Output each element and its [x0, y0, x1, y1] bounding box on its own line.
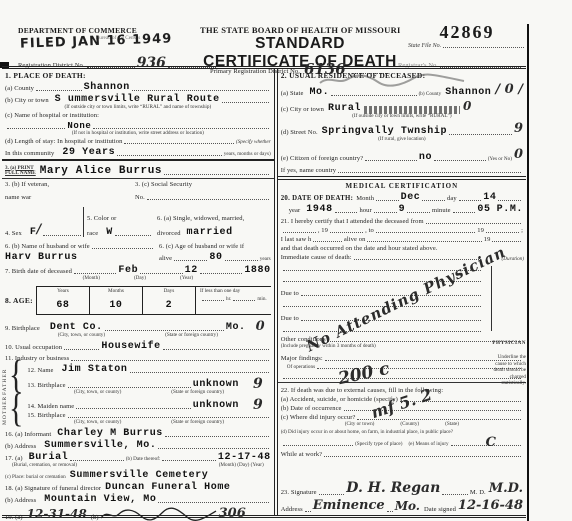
residence-street-note-row: (If rural, give location) [278, 136, 526, 142]
dotted-line [158, 500, 268, 503]
dotted-line [283, 443, 353, 446]
specify-place-note: (Specify type of place) [355, 441, 402, 447]
community-value: 29 Years [62, 147, 115, 158]
certify-text-2a: , 19 [318, 227, 328, 234]
dotted-line [283, 230, 316, 233]
funeral-director-label: 18. (a) Signature of funeral director [5, 485, 101, 492]
dotted-line [365, 158, 417, 161]
county-row: (a) County Shannon [2, 82, 274, 92]
dotted-line [486, 230, 519, 233]
age-months-cell: Months 10 [90, 287, 143, 314]
dotted-line [200, 271, 242, 274]
dotted-line [163, 347, 269, 350]
father-name-row: 12. Name Jim Staton [24, 364, 273, 374]
marital-value: married [187, 227, 233, 238]
death-month: Dec [401, 192, 421, 203]
spouse-age-label2: alive [159, 255, 172, 262]
citizen-code: 0 [514, 147, 523, 162]
age-days-cell: Days 2 [143, 287, 196, 314]
dotted-line [162, 458, 216, 461]
last-saw-row: I last saw h alive on 19 [278, 236, 526, 243]
dotted-line [165, 434, 269, 437]
color-value: W [106, 227, 113, 238]
dotted-line [202, 298, 224, 301]
veteran-label: 3. (b) If veteran, [5, 181, 135, 188]
residence-state-label: (a) State [281, 90, 304, 97]
certify-row-2: , 19 , to 19 ; [278, 227, 526, 234]
mother-name-value: unknown [193, 400, 239, 411]
dotted-line [449, 132, 512, 135]
dotted-line [174, 258, 207, 261]
spouse-age-value: 80 [209, 252, 222, 263]
header-left: DEPARTMENT OF COMMERCE Bureau of the Cen… [18, 26, 218, 69]
residence-street-row: (d) Street No. Springvally Twnship 9 [278, 121, 526, 136]
hour-label: hour [359, 207, 371, 214]
physician-margin: PHYSICIAN Underline the cause to which d… [490, 340, 526, 387]
section-physician-signature: 23. Signature D. H. Regan M. D. M.D. Add… [278, 478, 526, 515]
funeral-address-label: (b) Address [5, 497, 36, 504]
physician-label: PHYSICIAN [490, 340, 526, 346]
funeral-address-row: (b) Address Mountain View, Mo [2, 494, 274, 504]
spouse-age-unit: years [260, 256, 271, 262]
dotted-line [283, 329, 481, 332]
date-of-death-label: 20. DATE OF DEATH: [281, 195, 354, 202]
certificate-number: 42869 [408, 22, 526, 43]
dotted-line [93, 126, 268, 129]
marital-label2: divorced [157, 230, 181, 237]
left-column: 1. PLACE OF DEATH: (a) County Shannon (b… [2, 69, 275, 515]
md-handwriting: M.D. [489, 481, 523, 496]
dotted-line [434, 158, 486, 161]
due-to-label-2: Due to [281, 315, 299, 322]
citizen-row: (e) Citizen of foreign country? no (Yes … [278, 147, 526, 162]
father-name-value: Jim Staton [61, 364, 127, 375]
color-label: 5. Color or [87, 215, 116, 222]
sex-label: 4. Sex [5, 230, 22, 237]
dotted-line [130, 370, 269, 373]
sex-color-marital-row: 4. Sex F / 5. Color or race W [2, 207, 274, 237]
dotted-line [117, 153, 222, 156]
residence-city-row: (c) City or town Rural 0 [278, 99, 526, 113]
where-injury-label: (c) Where did injury occur? [281, 414, 356, 421]
board-title: THE STATE BOARD OF HEALTH OF MISSOURI [200, 25, 400, 35]
burial-place-value: Summersville Cemetery [70, 470, 209, 481]
due-to-label: Due to [281, 290, 299, 297]
medical-heading: MEDICAL CERTIFICATION [278, 182, 526, 190]
residence-coding-marks: / 0 / [495, 82, 523, 97]
age-years-value: 68 [56, 300, 69, 311]
section-personal: 3. (a) PRINT FULL NAME Mary Alice Burrus… [2, 163, 274, 281]
dotted-line [305, 509, 311, 512]
spouse-row: 6. (b) Name of husband or wife Harv Burr… [2, 241, 274, 262]
burial-note-row: (Burial, cremation, or removal) (Month) … [2, 462, 274, 468]
mother-group: MOTHER { 14. Maiden name unknown 9 15. B… [2, 395, 274, 425]
immediate-cause-label: Immediate cause of death: [281, 254, 352, 261]
year-label: year [289, 207, 301, 214]
name-country-row: If yes, name country [278, 167, 526, 174]
residence-street-label: (d) Street No. [281, 129, 318, 136]
dotted-line [301, 318, 481, 321]
dotted-line [442, 492, 468, 495]
date-signed-handwriting: 12-16-48 [458, 498, 523, 513]
section-medical: MEDICAL CERTIFICATION 20. DATE OF DEATH:… [278, 182, 526, 380]
full-name-label: FULL NAME [5, 171, 36, 176]
dotted-line [64, 347, 99, 350]
signature-label: 23. Signature [281, 489, 317, 496]
mother-birthplace-label: 15. Birthplace [27, 412, 65, 419]
dotted-line [36, 88, 82, 91]
mother-side-label: MOTHER [2, 395, 8, 425]
age-months-label: Months [90, 288, 142, 294]
day-label: day [447, 195, 457, 202]
age-box: Years 68 Months 10 Days 2 If less than o… [36, 286, 271, 315]
industry-row: 11. Industry or business [2, 355, 274, 362]
informant-row: 16. (a) Informant Charley M Burrus [2, 428, 274, 438]
hospital-note: (If not in hospital or institution, writ… [72, 130, 204, 136]
dotted-line [443, 45, 524, 48]
birthplace-note: (City, town, or county) [58, 332, 105, 338]
residence-street-code: 9 [514, 121, 523, 136]
dotted-line [338, 170, 521, 173]
means-label: (e) Means of injury [408, 441, 448, 447]
occupation-value: Housewife [101, 341, 160, 352]
residence-city-code: 0 [463, 99, 471, 113]
registrar-signature-scribble [99, 507, 219, 521]
residence-county-label: (b) County [419, 91, 442, 97]
burial-row: 17. (a) Burial (b) Date thereof: 12-17-4… [2, 452, 274, 462]
certify-text-2b: , to [365, 227, 374, 234]
physician-signature-handwriting: D. H. Regan [346, 480, 440, 496]
county-value: Shannon [84, 82, 130, 93]
dotted-line [105, 328, 224, 331]
mother-name-row: 14. Maiden name unknown 9 [24, 397, 273, 410]
certify-text-1: 21. I hereby certify that I attended the… [281, 218, 424, 225]
citizen-label: (e) Citizen of foreign country? [281, 155, 364, 162]
state-file-label: State File No. [408, 43, 441, 49]
county-label: (a) County [5, 85, 34, 92]
dotted-line [7, 126, 65, 129]
place-of-death-heading: 1. PLACE OF DEATH: [2, 69, 274, 80]
day-note: (Day) [134, 275, 146, 281]
physician-address-handwriting: Eminence [313, 498, 385, 513]
informant-value: Charley M Burrus [57, 428, 163, 439]
last-saw-text-c: 19 [484, 236, 491, 243]
immediate-cause-row: Immediate cause of death: [278, 254, 486, 261]
dotted-line [140, 271, 182, 274]
last-saw-text-a: I last saw h [281, 236, 312, 243]
date-of-death-row: 20. DATE OF DEATH: Month Dec day 14 [278, 192, 526, 202]
funeral-director-row: 18. (a) Signature of funeral director Du… [2, 482, 274, 492]
burial-place-row: (c) Place: burial or cremation Summersvi… [2, 470, 274, 480]
page-edge-line [527, 24, 529, 521]
hospital-label: (c) Name of hospital or institution: [5, 112, 99, 119]
birthplace-row: 9. Birthplace Dent Co. Mo. 0 [2, 319, 274, 332]
physician-address-state: Mo. [395, 499, 420, 513]
dotted-line [354, 257, 481, 260]
occurrence-date-label: (b) Date of occurrence [281, 405, 342, 412]
death-minute: 05 [477, 204, 490, 215]
dotted-line [68, 415, 269, 418]
month-note: (Month) [83, 275, 100, 281]
dotted-line [164, 172, 269, 175]
dotted-line [331, 93, 416, 96]
spouse-label: 6. (b) Name of husband or wife [5, 243, 90, 250]
death-year: 1948 [306, 204, 332, 215]
community-note: years, months or days) [224, 151, 271, 157]
stay-note: (Specify whether [236, 139, 271, 145]
dotted-line [115, 233, 151, 236]
funeral-director-value: Duncan Funeral Home [105, 482, 230, 493]
md-label: M. D. [470, 489, 486, 496]
dotted-line [124, 141, 234, 144]
where-note-row: (City or town) (County) (State) [278, 421, 526, 427]
received-label: 19. (a) [5, 514, 23, 521]
dotted-line [459, 198, 482, 201]
spouse-age-label: 6. (c) Age of husband or wife if [159, 243, 271, 250]
dotted-line [492, 239, 521, 242]
occupation-label: 10. Usual occupation [5, 344, 62, 351]
date-signed-label: Date signed [424, 506, 456, 513]
age-label: 8. AGE: [5, 296, 33, 305]
funeral-address-value: Mountain View, Mo [44, 494, 156, 505]
age-min-label: min. [257, 296, 266, 302]
of-operations-row: Of operations [278, 364, 526, 370]
death-day: 14 [483, 192, 496, 203]
section-residence: 2. USUAL RESIDENCE OF DECEASED: (a) Stat… [278, 69, 526, 174]
residence-state-value: Mo. [309, 87, 329, 98]
father-birthplace-label: 13. Birthplace [27, 382, 65, 389]
citizen-note: (Yes or No) [488, 156, 512, 162]
registrar-row: 19. (a) 12-31-48 (b) 306 [2, 506, 274, 521]
color-label2: race [87, 230, 98, 237]
city-note: (If outside city or town limits, write “… [65, 104, 212, 110]
age-days-label: Days [143, 288, 195, 294]
physician-address-row: Address Eminence Mo. Date signed 12-16-4… [278, 498, 526, 513]
mother-name-code: 9 [253, 397, 263, 413]
age-years-label: Years [37, 288, 89, 294]
home-farm-code: C [486, 435, 496, 450]
mother-brace: { [9, 390, 23, 431]
section-place-of-death: 1. PLACE OF DEATH: (a) County Shannon (b… [2, 69, 274, 157]
dotted-line [76, 406, 191, 409]
death-year-row: year 1948 hour 9 minute 05 P.M. [278, 204, 526, 214]
dotted-line [453, 210, 476, 213]
year-note: (Year) [180, 275, 193, 281]
hospital-row: None [2, 121, 274, 130]
age-years-cell: Years 68 [37, 287, 90, 314]
physician-signature-row: 23. Signature D. H. Regan M. D. M.D. [278, 480, 526, 496]
physician-address-label: Address [281, 506, 303, 513]
full-name-value: Mary Alice Burrus [40, 165, 162, 177]
home-farm-row: (d) Did injury occur in or about home, o… [278, 429, 526, 435]
death-ampm: P.M. [497, 204, 523, 215]
full-name-row: 3. (a) PRINT FULL NAME Mary Alice Burrus [2, 165, 274, 176]
community-row: In this community 29 Years years, months… [2, 147, 274, 157]
dotted-line [225, 258, 258, 261]
rule [278, 382, 526, 383]
death-occurred-text: and that death occurred on the date and … [281, 245, 438, 252]
informant-address-value: Summersville, Mo. [44, 440, 156, 451]
age-hr-label: hr. [226, 296, 231, 302]
city-town-note: (City or town) [345, 421, 375, 427]
city-note-row: (If outside city or town limits, write “… [2, 104, 274, 110]
dotted-line [71, 358, 268, 361]
birthplace-note-row: (City, town, or county) (State or foreig… [2, 332, 274, 338]
dotted-line [132, 88, 269, 91]
ssn-label2: No. [135, 194, 145, 201]
residence-street-note: (If rural, give location) [378, 136, 426, 142]
while-at-work-row: While at work? [278, 451, 526, 458]
birthdate-note-row: (Month) (Day) (Year) [2, 275, 274, 281]
dotted-line [324, 454, 521, 457]
dotted-line [387, 509, 393, 512]
informant-address-row: (b) Address Summersville, Mo. [2, 440, 274, 450]
certify-row-1: 21. I hereby certify that I attended the… [278, 218, 526, 225]
birthplace-state-note: (State or foreign country) [165, 332, 218, 338]
stay-row: (d) Length of stay: In hospital or insti… [2, 138, 274, 145]
name-country-label: If yes, name country [281, 167, 336, 174]
dotted-line [68, 385, 191, 388]
marital-label: 6. (a) Single, widowed, married, [157, 215, 244, 222]
residence-county-value: Shannon [445, 87, 491, 98]
dotted-line [407, 210, 430, 213]
state-note: (State or foreign country) [171, 419, 224, 425]
major-findings-row: Major findings: [278, 355, 526, 362]
section-divider [278, 176, 526, 180]
received-date-handwriting: 12-31-48 [27, 507, 87, 521]
dotted-line [376, 230, 475, 233]
dotted-line [330, 230, 363, 233]
month-label: Month [356, 195, 374, 202]
duration-column-rule [491, 266, 492, 331]
residence-city-label: (c) City or town [281, 106, 324, 113]
informant-address-label: (b) Address [5, 443, 36, 450]
dotted-line [426, 221, 521, 224]
dotted-line [92, 246, 153, 249]
death-certificate-scan: DEPARTMENT OF COMMERCE Bureau of the Cen… [0, 0, 572, 521]
burial-label: 17. (a) [5, 455, 23, 462]
dotted-line [74, 271, 116, 274]
while-at-work-label: While at work? [281, 451, 322, 458]
form-body: 1. PLACE OF DEATH: (a) County Shannon (b… [2, 66, 526, 518]
city-label: (b) City or town [5, 97, 49, 104]
dotted-line [147, 197, 269, 200]
stay-label: (d) Length of stay: In hospital or insti… [5, 138, 122, 145]
veteran-ssn-row: 3. (b) If veteran, name war 3. (c) Socia… [2, 181, 274, 201]
hospital-label-row: (c) Name of hospital or institution: [2, 112, 274, 119]
mother-note-row: (City, town, or county) (State or foreig… [24, 419, 273, 425]
semicolon: ; [521, 227, 523, 234]
dotted-line [367, 239, 481, 242]
sex-checkmark: / [36, 222, 41, 237]
dotted-line [43, 233, 81, 236]
birthdate-row: 7. Birth date of deceased Feb 12 1880 [2, 265, 274, 275]
informant-label: 16. (a) Informant [5, 431, 51, 438]
dotted-line [313, 239, 342, 242]
dotted-line [222, 100, 269, 103]
section-divider [2, 159, 274, 161]
pencil-scribble [318, 73, 468, 87]
father-birthplace-code: 9 [253, 376, 263, 392]
findings-blank-row [278, 376, 526, 380]
certify-text-2c: 19 [477, 227, 484, 234]
cause-blank-row [278, 329, 486, 333]
dotted-line [422, 198, 445, 201]
last-saw-text-b: alive on [344, 236, 366, 243]
due-to-row: Due to [278, 290, 486, 297]
minute-label: minute [432, 207, 451, 214]
spouse-value: Harv Burrus [5, 252, 155, 263]
dotted-line [374, 210, 397, 213]
father-name-label: 12. Name [27, 367, 53, 374]
mother-name-label: 14. Maiden name [27, 403, 74, 410]
home-farm-label: (d) Did injury occur in or about home, o… [281, 429, 453, 435]
age-less-cell: If less than one day hr. min. [196, 287, 271, 314]
dotted-line [376, 198, 399, 201]
right-column: 2. USUAL RESIDENCE OF DECEASED: (a) Stat… [277, 69, 526, 515]
father-side-label: FATHER [2, 362, 8, 395]
age-months-value: 10 [109, 300, 122, 311]
header-right: 42869 State File No. [408, 22, 526, 49]
age-days-value: 2 [166, 300, 173, 311]
dotted-line [70, 458, 124, 461]
occupation-row: 10. Usual occupation Housewife [2, 341, 274, 351]
city-row: (b) City or town S ummersville Rural Rou… [2, 94, 274, 104]
major-findings-label: Major findings: [281, 355, 323, 362]
dotted-line [335, 210, 358, 213]
registrar-sig-label: (b) [91, 514, 99, 521]
citizen-value: no [419, 152, 432, 163]
birthplace-label: 9. Birthplace [5, 325, 40, 332]
county-note: (County) [400, 421, 419, 427]
father-group: FATHER { 12. Name Jim Staton 13. Birthpl… [2, 362, 274, 395]
burial-place-label: (c) Place: burial or cremation [5, 474, 66, 480]
place-note: (City, town, or county) [74, 419, 121, 425]
age-row: 8. AGE: Years 68 Months 10 Days 2 [2, 284, 274, 316]
rule [2, 178, 274, 179]
underline-instruction: Underline the cause to which death shoul… [490, 354, 526, 387]
of-operations-label: Of operations [287, 364, 315, 370]
death-hour: 9 [399, 204, 406, 215]
birth-year: 1880 [244, 265, 270, 276]
mother-birthplace-row: 15. Birthplace [24, 412, 273, 419]
where-injury-row: (c) Where did injury occur? [278, 414, 526, 421]
registrar-number-handwriting: 306 [219, 506, 246, 521]
burial-date-note: (Month) (Day) (Year) [219, 462, 264, 468]
hospital-note-row: (If not in hospital or institution, writ… [2, 130, 274, 136]
state-note: (State) [445, 421, 459, 427]
community-label: In this community [5, 150, 54, 157]
ssn-label: 3. (c) Social Security [135, 181, 271, 188]
dotted-line [283, 376, 521, 379]
dotted-line [158, 446, 268, 449]
veteran-label2: name war [5, 194, 135, 201]
age-less-label: If less than one day [200, 288, 267, 294]
dotted-line [319, 492, 345, 495]
father-birthplace-row: 13. Birthplace unknown 9 [24, 376, 273, 389]
burial-note: (Burial, cremation, or removal) [12, 462, 77, 468]
birthdate-label: 7. Birth date of deceased [5, 268, 72, 275]
dotted-line [498, 198, 521, 201]
dotted-line [233, 298, 255, 301]
overstrike-smudge [364, 106, 460, 114]
